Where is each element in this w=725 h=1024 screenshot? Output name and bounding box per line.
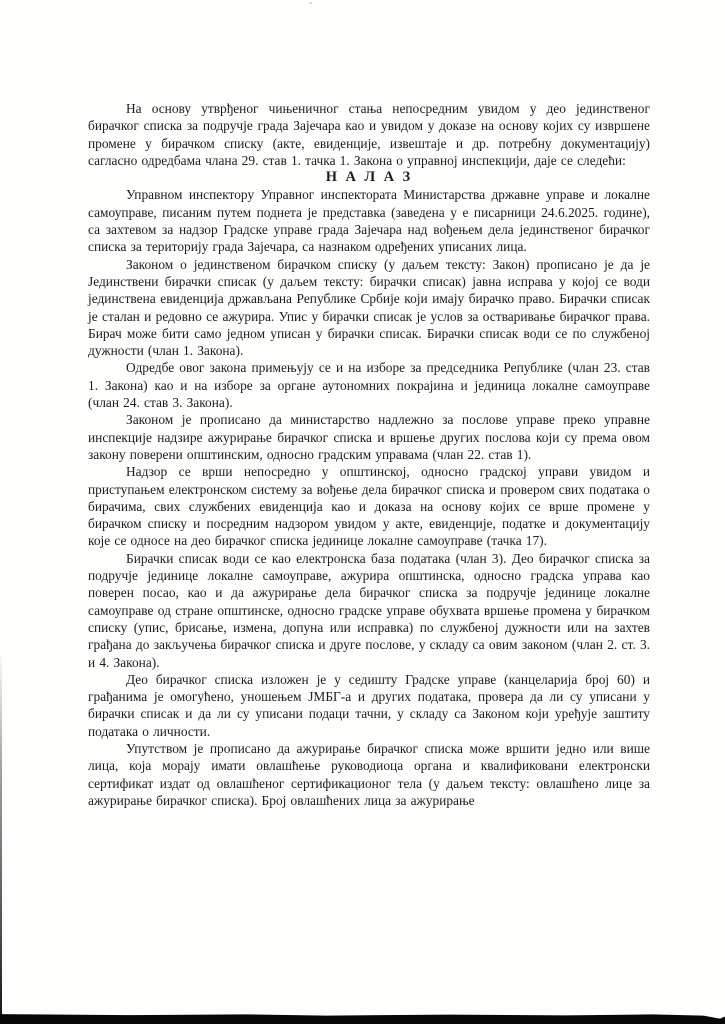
body-paragraph: Одредбе овог закона примењују се и на из… <box>88 359 650 411</box>
document-text-block: На основу утврђеног чињеничног стања неп… <box>88 100 650 809</box>
scanned-document-page: На основу утврђеног чињеничног стања неп… <box>0 0 725 1024</box>
opening-paragraph: На основу утврђеног чињеничног стања неп… <box>88 100 650 169</box>
body-paragraph: Надзор се врши непосредно у општинској, … <box>88 463 650 549</box>
body-paragraph: Управном инспектору Управног инспекторат… <box>88 186 650 255</box>
body-paragraph: Део бирачког списка изложен је у седишту… <box>88 671 650 740</box>
scan-artifact-bottom-edge <box>0 1012 725 1024</box>
scan-artifact-left-edge <box>0 650 2 1024</box>
finding-heading: Н А Л А З <box>88 169 650 186</box>
body-paragraph: Законом о јединственом бирачком списку (… <box>88 256 650 360</box>
scan-speck-artifact <box>309 2 312 4</box>
body-paragraph: Законом је прописано да министарство над… <box>88 411 650 463</box>
body-paragraph: Упутством је прописано да ажурирање бира… <box>88 740 650 809</box>
body-paragraph: Бирачки списак води се као електронска б… <box>88 550 650 671</box>
